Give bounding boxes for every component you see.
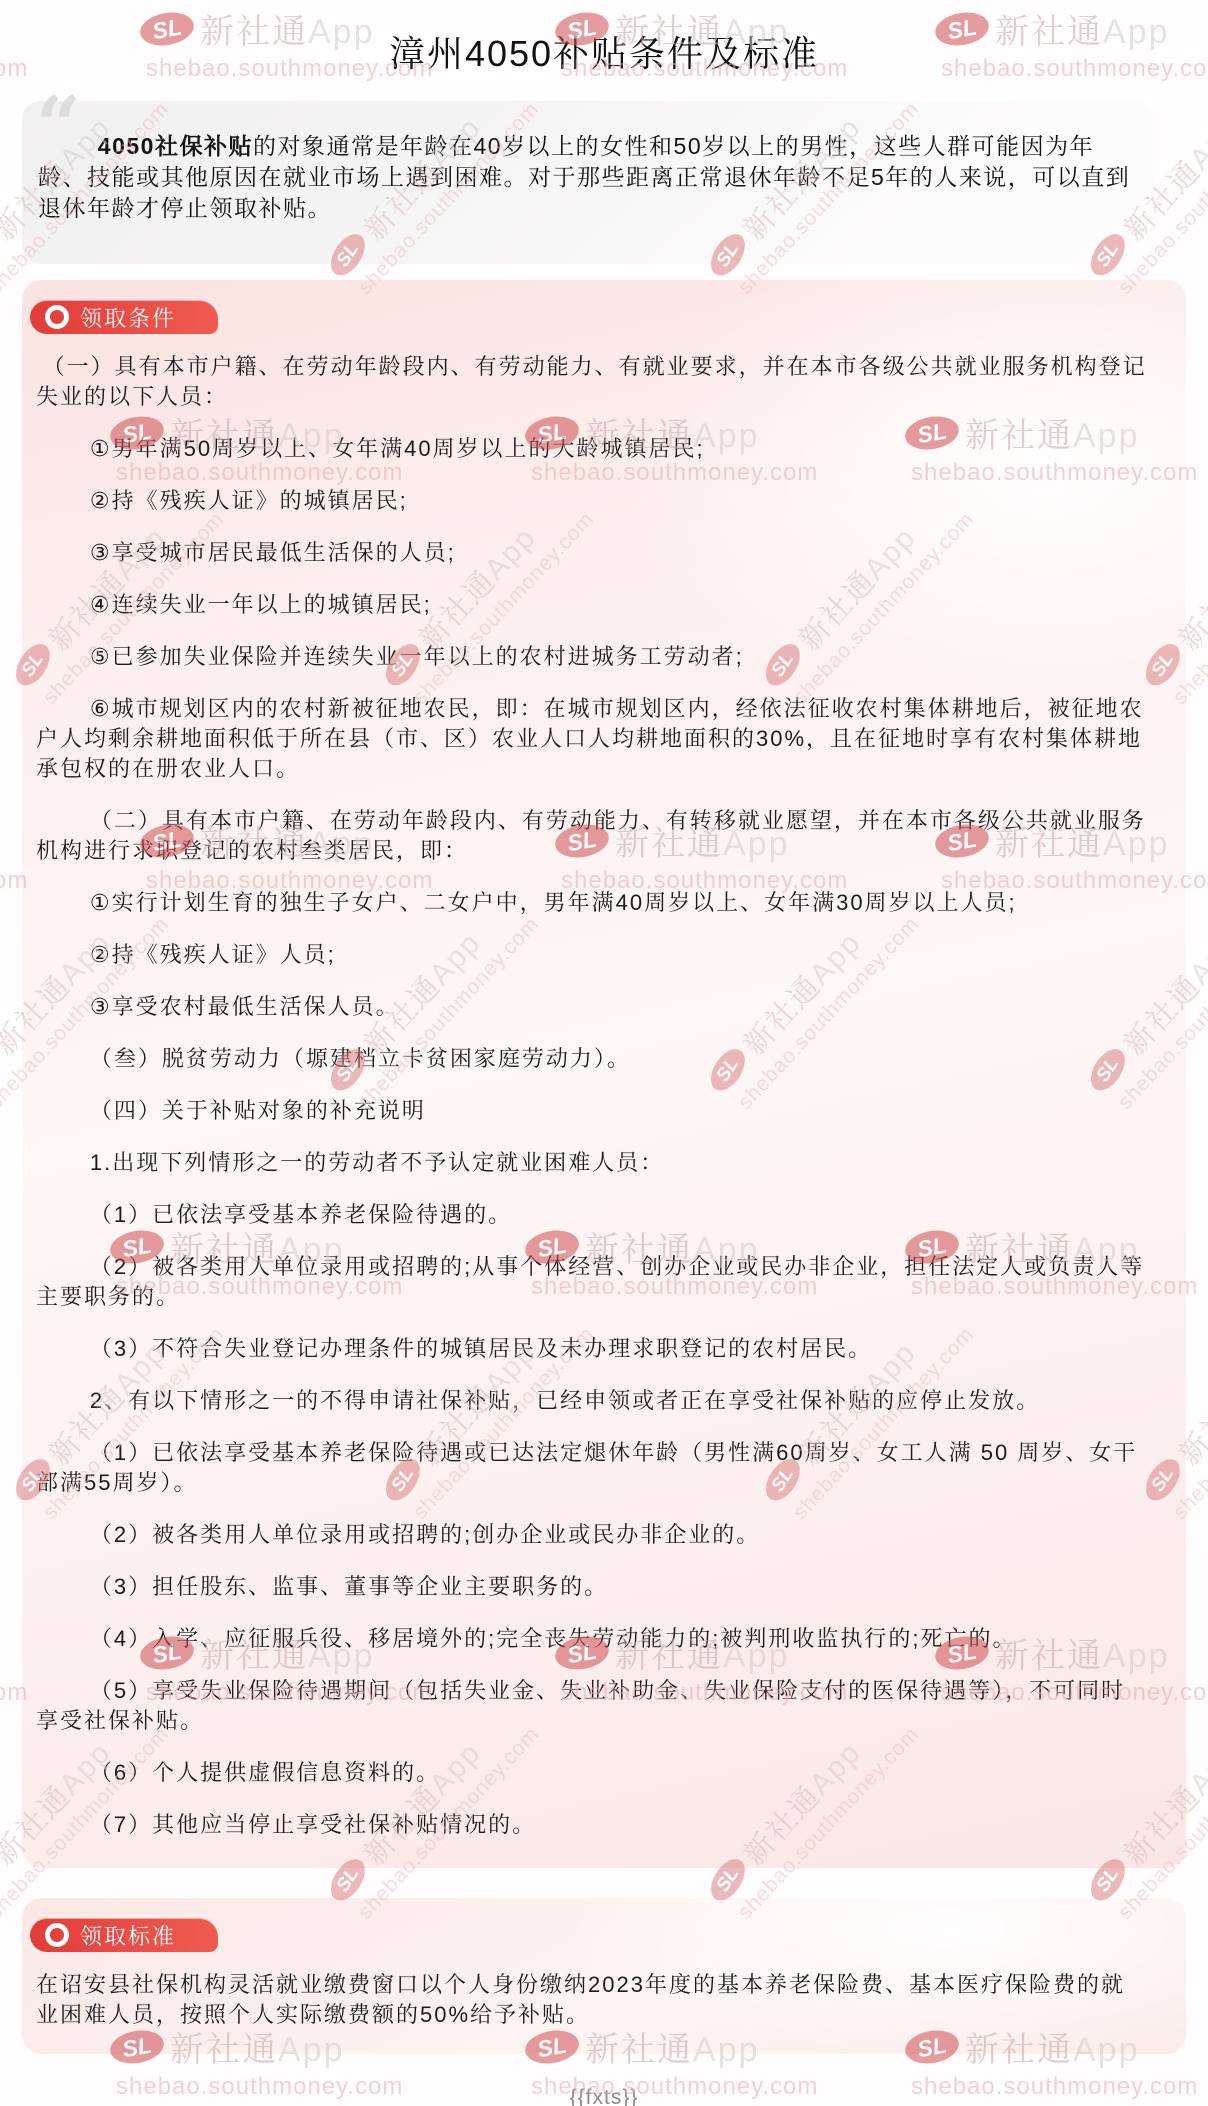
section-standard: 领取标准 在诏安县社保机构灵活就业缴费窗口以个人身份缴纳2023年度的基本养老保… <box>22 1898 1186 2054</box>
paragraph: （7）其他应当停止享受社保补贴情况的。 <box>36 1810 1148 1840</box>
document-page: 漳州4050补贴条件及标准 “ 4050社保补贴的对象通常是年龄在40岁以上的女… <box>0 0 1208 2106</box>
intro-paragraph: 4050社保补贴的对象通常是年龄在40岁以上的女性和50岁以上的男性，这些人群可… <box>38 131 1134 224</box>
paragraph: （3）担任股东、监事、董事等企业主要职务的。 <box>36 1572 1148 1602</box>
paragraph: 在诏安县社保机构灵活就业缴费窗口以个人身份缴纳2023年度的基本养老保险费、基本… <box>36 1970 1148 2030</box>
conditions-paragraphs: （一）具有本市户籍、在劳动年龄段内、有劳动能力、有就业要求，并在本市各级公共就业… <box>22 334 1186 1840</box>
page-title: 漳州4050补贴条件及标准 <box>0 0 1208 77</box>
circle-icon <box>45 305 69 329</box>
intro-quote-box: “ 4050社保补贴的对象通常是年龄在40岁以上的女性和50岁以上的男性，这些人… <box>22 101 1154 264</box>
template-placeholder: {{fxts}} <box>0 2086 1208 2106</box>
paragraph: ③享受农村最低生活保人员。 <box>36 992 1148 1022</box>
standard-badge-label: 领取标准 <box>80 1920 176 1951</box>
paragraph: （2）被各类用人单位录用或招聘的;从事个体经营、创办企业或民办非企业，担任法定人… <box>36 1252 1148 1312</box>
paragraph: ①实行计划生育的独生子女户、二女户中，男年满40周岁以上、女年满30周岁以上人员… <box>36 888 1148 918</box>
paragraph: （叁）脱贫劳动力（塬建档立卡贫困家庭劳动力）。 <box>36 1044 1148 1074</box>
paragraph: （2）被各类用人单位录用或招聘的;创办企业或民办非企业的。 <box>36 1520 1148 1550</box>
paragraph: 2、有以下情形之一的不得申请社保补贴，已经申领或者正在享受社保补贴的应停止发放。 <box>36 1386 1148 1416</box>
paragraph: 1.出现下列情形之一的劳动者不予认定就业困难人员： <box>36 1148 1148 1178</box>
paragraph: （5）享受失业保险待遇期间（包括失业金、失业补助金、失业保险支付的医保待遇等），… <box>36 1676 1148 1736</box>
conditions-badge: 领取条件 <box>30 300 218 334</box>
paragraph: ③享受城市居民最低生活保的人员; <box>36 538 1148 568</box>
paragraph: （1）已依法享受基本养老保险待遇的。 <box>36 1200 1148 1230</box>
paragraph: （一）具有本市户籍、在劳动年龄段内、有劳动能力、有就业要求，并在本市各级公共就业… <box>36 352 1148 412</box>
paragraph: ②持《残疾人证》人员; <box>36 940 1148 970</box>
paragraph: （6）个人提供虚假信息资料的。 <box>36 1758 1148 1788</box>
paragraph: （四）关于补贴对象的补充说明 <box>36 1096 1148 1126</box>
circle-icon <box>45 1923 69 1947</box>
intro-lead-bold: 4050社保补贴 <box>98 133 253 159</box>
standard-badge: 领取标准 <box>30 1918 218 1952</box>
paragraph: ⑤已参加失业保险并连续失业一年以上的农村进城务工劳动者; <box>36 642 1148 672</box>
paragraph: ②持《残疾人证》的城镇居民; <box>36 486 1148 516</box>
quote-icon: “ <box>36 87 81 165</box>
conditions-badge-label: 领取条件 <box>80 302 176 333</box>
paragraph: ④连续失业一年以上的城镇居民; <box>36 590 1148 620</box>
paragraph: （二）具有本市户籍、在劳动年龄段内、有劳动能力、有转移就业愿望，并在本市各级公共… <box>36 806 1148 866</box>
paragraph: （1）已依法享受基本养老保险待遇或已达法定煺休年龄（男性满60周岁、女工人满 5… <box>36 1438 1148 1498</box>
paragraph: ⑥城市规划区内的农村新被征地农民，即：在城市规划区内，经依法征收农村集体耕地后，… <box>36 694 1148 784</box>
paragraph: （3）不符合失业登记办理条件的城镇居民及未办理求职登记的农村居民。 <box>36 1334 1148 1364</box>
section-conditions: 领取条件 （一）具有本市户籍、在劳动年龄段内、有劳动能力、有就业要求，并在本市各… <box>22 280 1186 1868</box>
standard-paragraphs: 在诏安县社保机构灵活就业缴费窗口以个人身份缴纳2023年度的基本养老保险费、基本… <box>22 1952 1186 2030</box>
paragraph: ①男年满50周岁以上、女年满40周岁以上的大龄城镇居民; <box>36 434 1148 464</box>
paragraph: （4）入学、应征服兵役、移居境外的;完全丧失劳动能力的;被判刑收监执行的;死亡的… <box>36 1624 1148 1654</box>
